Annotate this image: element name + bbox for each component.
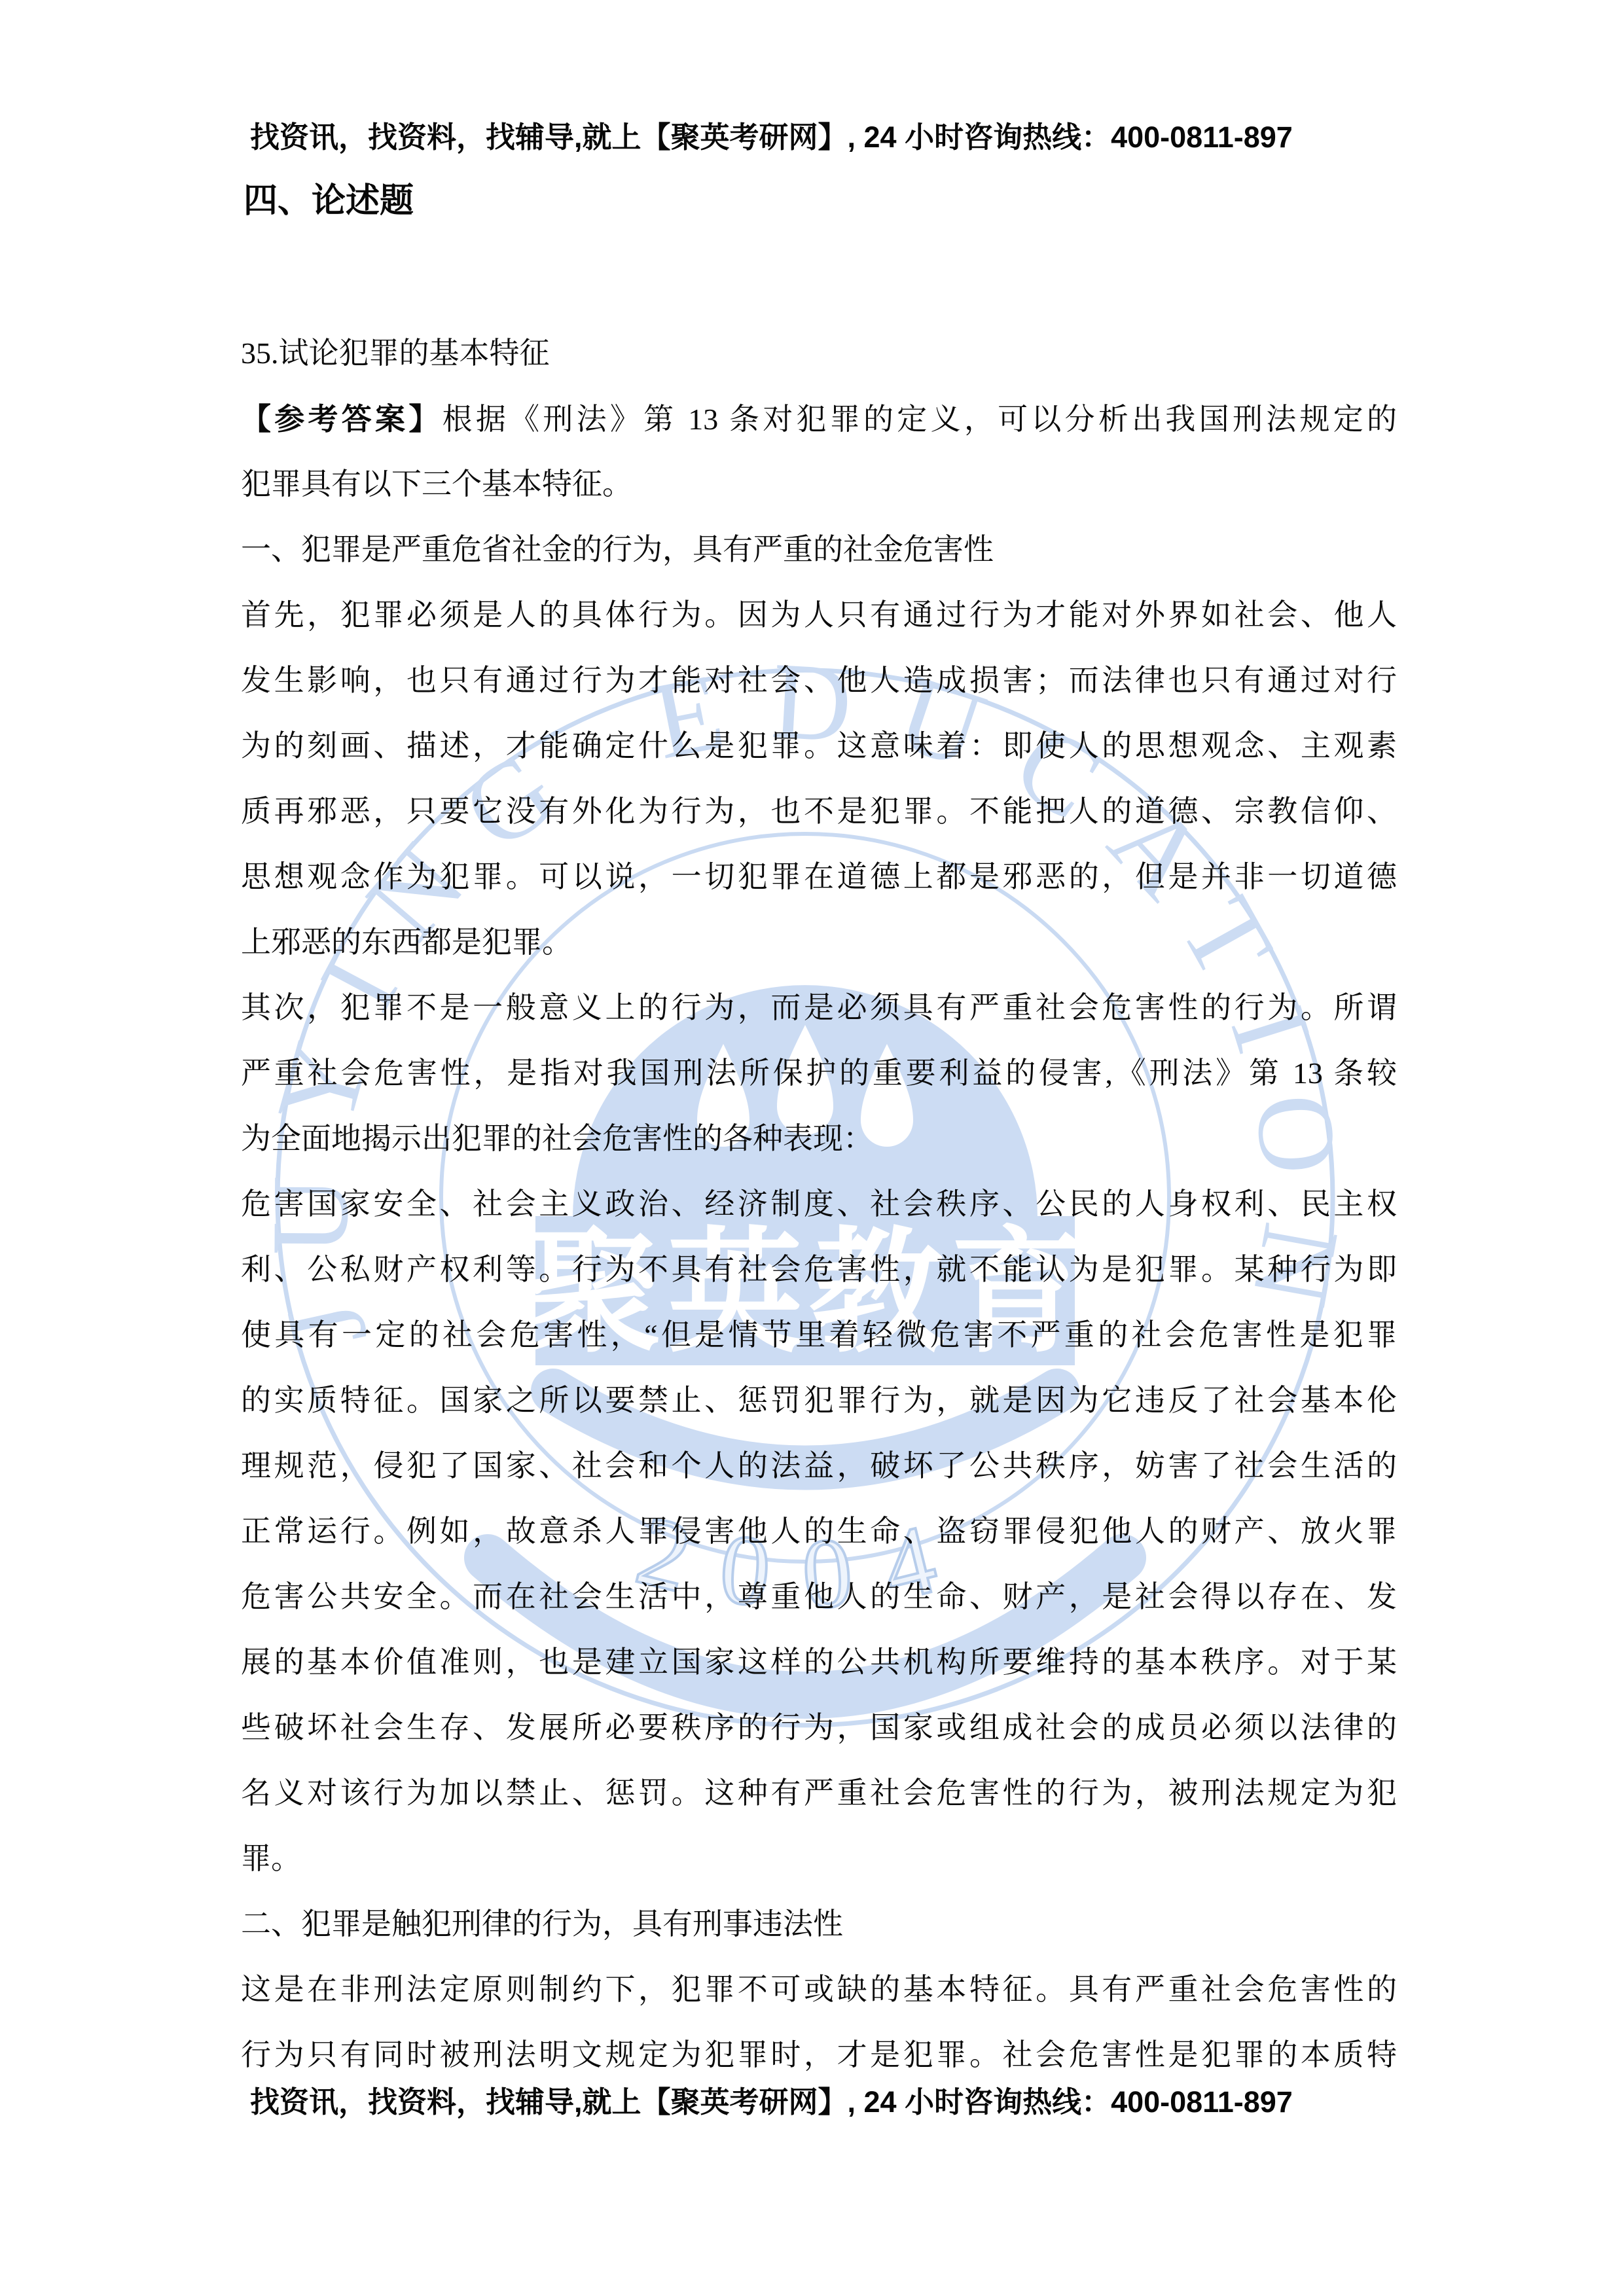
answer-label: 【参考答案】: [241, 402, 442, 436]
text-line: 理规范，侵犯了国家、社会和个人的法益，破坏了公共秩序，妨害了社会生活的: [241, 1433, 1397, 1499]
text-line: 危害国家安全、社会主义政治、经济制度、社会秩序、公民的人身权利、民主权: [241, 1172, 1397, 1237]
text-line: 为全面地揭示出犯罪的社会危害性的各种表现：: [241, 1106, 1397, 1172]
text-line: 【参考答案】根据《刑法》第 13 条对犯罪的定义，可以分析出我国刑法规定的: [241, 386, 1397, 452]
text-line: 危害公共安全。而在社会生活中，尊重他人的生命、财产，是社会得以存在、发: [241, 1564, 1397, 1630]
text-line: 正常运行。例如，故意杀人罪侵害他人的生命、盗窃罪侵犯他人的财产、放火罪: [241, 1499, 1397, 1564]
text-line: 35.试论犯罪的基本特征: [241, 321, 1397, 386]
text-line: 展的基本价值准则，也是建立国家这样的公共机构所要维持的基本秩序。对于某: [241, 1630, 1397, 1695]
text-line: 犯罪具有以下三个基本特征。: [241, 452, 1397, 517]
text-line: 发生影响，也只有通过行为才能对社会、他人造成损害；而法律也只有通过对行: [241, 648, 1397, 713]
text-line: 一、犯罪是严重危省社金的行为，具有严重的社金危害性: [241, 517, 1397, 583]
page-footer-text: 找资讯，找资料，找辅导,就上【聚英考研网】, 24 小时咨询热线：400-081…: [250, 2070, 1402, 2135]
text-line: 首先，犯罪必须是人的具体行为。因为人只有通过行为才能对外界如社会、他人: [241, 583, 1397, 648]
text-line: 为的刻画、描述，才能确定什么是犯罪。这意味着：即使人的思想观念、主观素: [241, 713, 1397, 779]
text-line: 利、公私财产权利等。行为不具有社会危害性，就不能认为是犯罪。某种行为即: [241, 1237, 1397, 1302]
text-line: 思想观念作为犯罪。可以说，一切犯罪在道德上都是邪恶的，但是并非一切道德: [241, 844, 1397, 910]
page-header-text: 找资讯，找资料，找辅导,就上【聚英考研网】, 24 小时咨询热线：400-081…: [250, 105, 1402, 170]
text-line: 严重社会危害性，是指对我国刑法所保护的重要利益的侵害,《刑法》第 13 条较: [241, 1041, 1397, 1106]
text-line: 的实质特征。国家之所以要禁止、惩罚犯罪行为，就是因为它违反了社会基本伦: [241, 1368, 1397, 1433]
section-heading: 四、论述题: [244, 169, 414, 234]
text-line: 上邪恶的东西都是犯罪。: [241, 910, 1397, 975]
text-line: 罪。: [241, 1826, 1397, 1892]
text-line: 使具有一定的社会危害性，“但是情节里着轻微危害不严重的社会危害性是犯罪: [241, 1302, 1397, 1368]
text-line: 其次，犯罪不是一般意义上的行为，而是必须具有严重社会危害性的行为。所谓: [241, 975, 1397, 1041]
document-body: 35.试论犯罪的基本特征【参考答案】根据《刑法》第 13 条对犯罪的定义，可以分…: [241, 321, 1397, 2088]
text-line: 些破坏社会生存、发展所必要秩序的行为，国家或组成社会的成员必须以法律的: [241, 1695, 1397, 1761]
document-page: JUYING EDUCATION 聚英教育 2004 找资讯，找资料，找辅导,就…: [0, 0, 1624, 2296]
text-line: 这是在非刑法定原则制约下，犯罪不可或缺的基本特征。具有严重社会危害性的: [241, 1957, 1397, 2022]
line-text: 根据《刑法》第 13 条对犯罪的定义，可以分析出我国刑法规定的: [442, 403, 1397, 436]
text-line: 质再邪恶，只要它没有外化为行为，也不是犯罪。不能把人的道德、宗教信仰、: [241, 779, 1397, 844]
text-line: 名义对该行为加以禁止、惩罚。这种有严重社会危害性的行为，被刑法规定为犯: [241, 1761, 1397, 1826]
text-line: 二、犯罪是触犯刑律的行为，具有刑事违法性: [241, 1892, 1397, 1957]
